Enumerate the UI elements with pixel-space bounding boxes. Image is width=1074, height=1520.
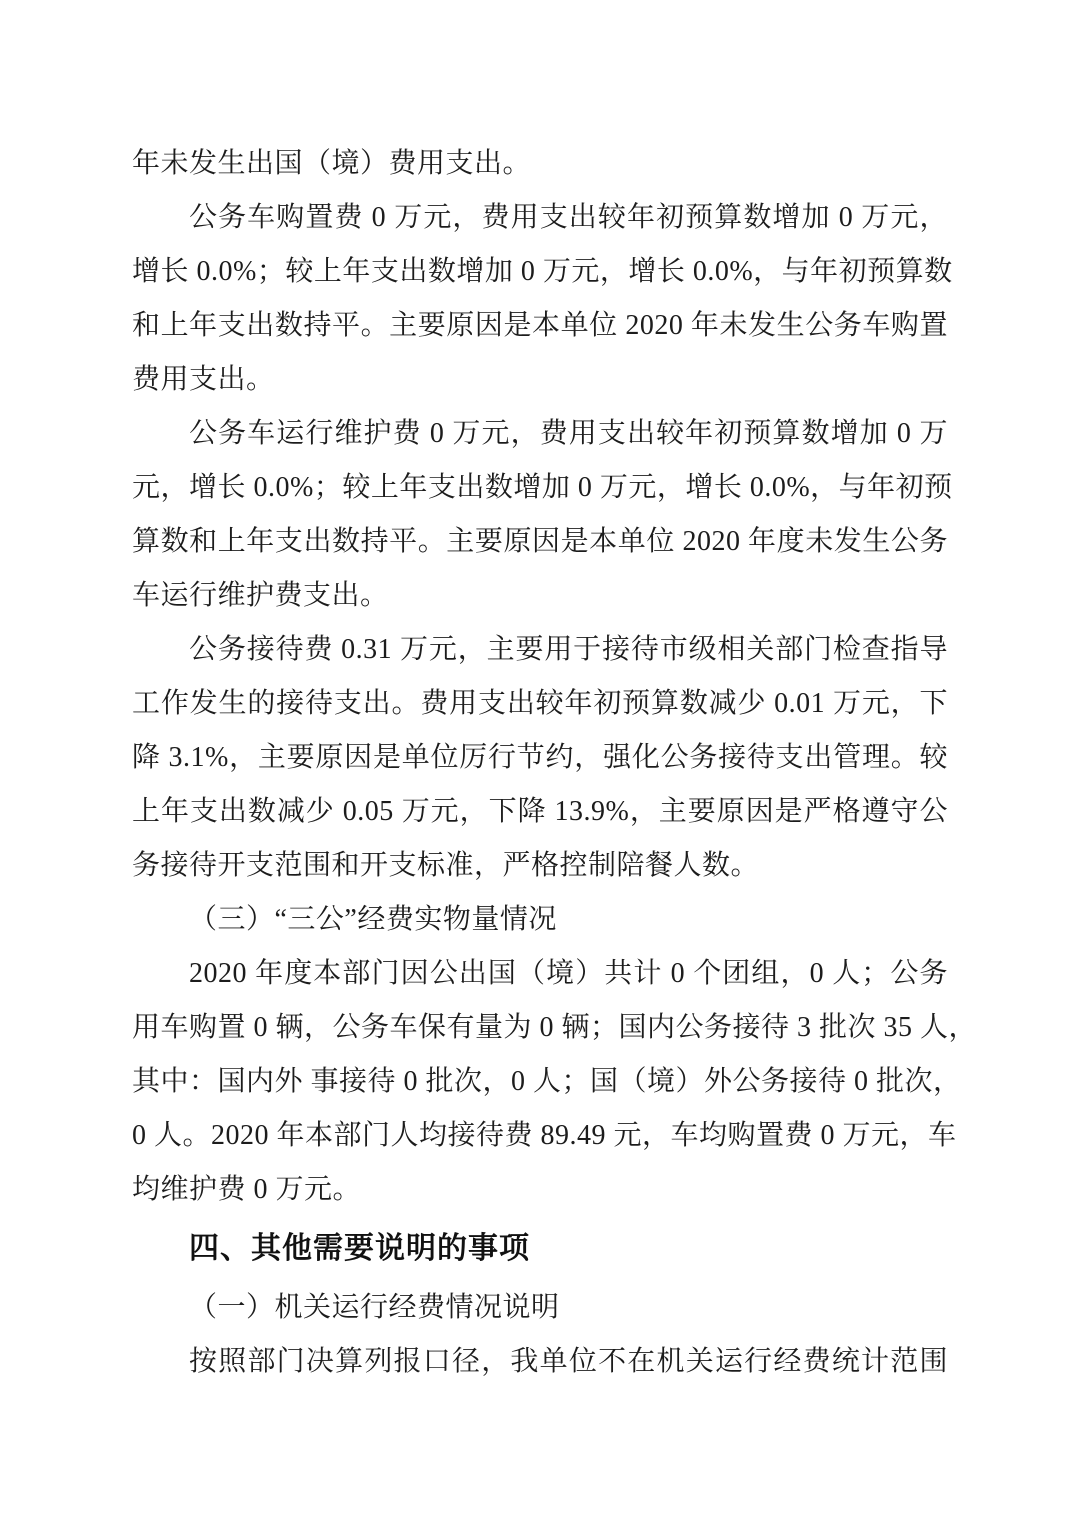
text-line: 务接待开支范围和开支标准，严格控制陪餐人数。 — [132, 839, 948, 893]
text-line: 年未发生出国（境）费用支出。 — [132, 137, 948, 191]
text-line: 增长 0.0%；较上年支出数增加 0 万元，增长 0.0%，与年初预算数 — [132, 245, 948, 299]
text-line: 费用支出。 — [132, 353, 948, 407]
text-line: 按照部门决算列报口径，我单位不在机关运行经费统计范围 — [132, 1335, 948, 1389]
document-content: 年未发生出国（境）费用支出。 公务车购置费 0 万元，费用支出较年初预算数增加 … — [132, 137, 948, 1389]
subsection-heading: （一）机关运行经费情况说明 — [132, 1281, 948, 1335]
text-line: 其中：国内外 事接待 0 批次，0 人；国（境）外公务接待 0 批次， — [132, 1055, 948, 1109]
text-line: 和上年支出数持平。主要原因是本单位 2020 年未发生公务车购置 — [132, 299, 948, 353]
text-line: 用车购置 0 辆，公务车保有量为 0 辆；国内公务接待 3 批次 35 人， — [132, 1001, 948, 1055]
text-line: 公务车购置费 0 万元，费用支出较年初预算数增加 0 万元， — [132, 191, 948, 245]
section-heading: 四、其他需要说明的事项 — [132, 1220, 948, 1278]
text-line: 上年支出数减少 0.05 万元，下降 13.9%，主要原因是严格遵守公 — [132, 785, 948, 839]
text-line: 车运行维护费支出。 — [132, 569, 948, 623]
text-line: 工作发生的接待支出。费用支出较年初预算数减少 0.01 万元，下 — [132, 677, 948, 731]
text-line: 元，增长 0.0%；较上年支出数增加 0 万元，增长 0.0%，与年初预 — [132, 461, 948, 515]
text-line: 公务车运行维护费 0 万元，费用支出较年初预算数增加 0 万 — [132, 407, 948, 461]
subsection-heading: （三）“三公”经费实物量情况 — [132, 893, 948, 947]
document-page: 年未发生出国（境）费用支出。 公务车购置费 0 万元，费用支出较年初预算数增加 … — [0, 0, 1074, 1520]
text-line: 0 人。2020 年本部门人均接待费 89.49 元，车均购置费 0 万元，车 — [132, 1109, 948, 1163]
text-line: 公务接待费 0.31 万元，主要用于接待市级相关部门检查指导 — [132, 623, 948, 677]
text-line: 2020 年度本部门因公出国（境）共计 0 个团组，0 人；公务 — [132, 947, 948, 1001]
text-line: 均维护费 0 万元。 — [132, 1163, 948, 1217]
text-line: 降 3.1%，主要原因是单位厉行节约，强化公务接待支出管理。较 — [132, 731, 948, 785]
text-line: 算数和上年支出数持平。主要原因是本单位 2020 年度未发生公务 — [132, 515, 948, 569]
